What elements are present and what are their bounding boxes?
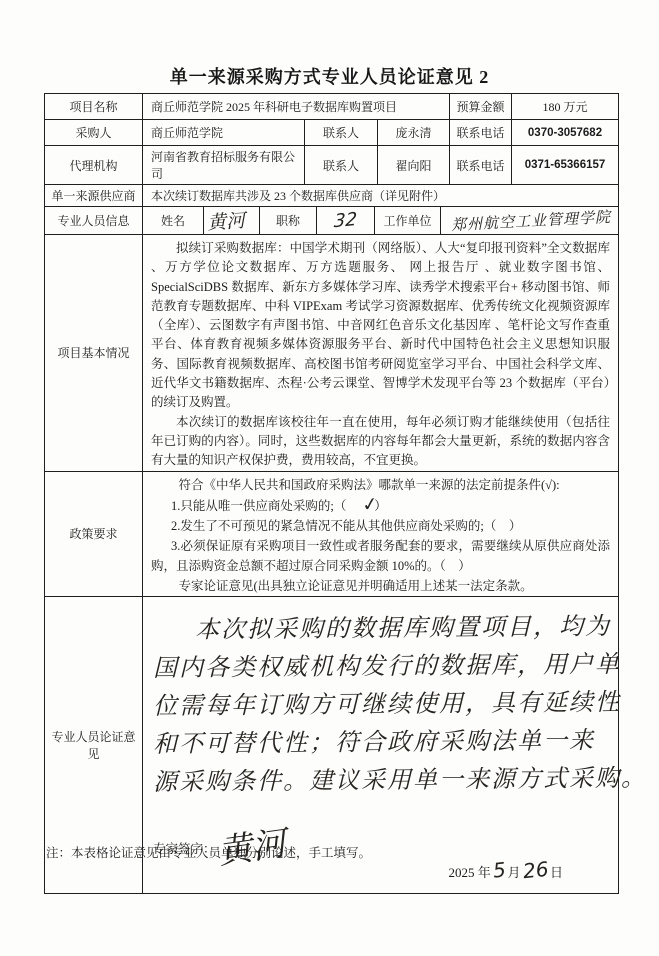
handwritten-expert-name: 黄河	[207, 206, 247, 236]
handwritten-day: 26	[522, 859, 549, 882]
policy-item-3: 3.必须保证原有采购项目一致性或者服务配套的要求，需要继续从原供应商处添购，且添…	[151, 537, 610, 577]
budget-label: 预算金额	[450, 94, 512, 120]
handwritten-opinion-line: 国内各类权威机构发行的数据库，用户单	[153, 645, 610, 687]
opinion-form-table: 项目名称 商丘师范学院 2025 年科研电子数据库购置项目 预算金额 180 万…	[44, 93, 619, 894]
handwritten-opinion-line: 位需每年订购方可继续使用，具有延续性	[153, 683, 610, 725]
expert-info-label: 专业人员信息	[45, 207, 143, 235]
handwritten-opinion-line: 源采购条件。建议采用单一来源方式采购。	[153, 759, 610, 801]
page-title: 单一来源采购方式专业人员论证意见 2	[0, 63, 659, 89]
table-row: 代理机构 河南省教育招标服务有限公司 联系人 翟向阳 联系电话 0371-653…	[45, 146, 619, 185]
date-year: 2025 年	[449, 862, 491, 881]
handwritten-expert-unit: 郑州航空工业管理学院	[451, 206, 612, 235]
table-row: 项目名称 商丘师范学院 2025 年科研电子数据库购置项目 预算金额 180 万…	[45, 94, 619, 120]
overview-paragraph-2: 本次续订的数据库该校往年一直在使用，每年必须订购才能继续使用（包括往年已订购的内…	[151, 413, 610, 471]
expert-info-cell: 姓名 黄河 职称 32 工作单位 郑州航空工业管理学院	[143, 207, 619, 235]
table-row: 专业人员信息 姓名 黄河 职称 32 工作单位 郑州航空工业管理学院	[45, 207, 619, 235]
budget-value: 180 万元	[512, 94, 619, 120]
agency-phone-label: 联系电话	[450, 146, 512, 185]
agency-label: 代理机构	[45, 146, 143, 185]
agency-value: 河南省教育招标服务有限公司	[143, 146, 305, 185]
table-row: 政策要求 符合《中华人民共和国政府采购法》哪款单一来源的法定前提条件(√): 1…	[45, 471, 619, 597]
policy-expert-note: 专家论证意见(出具独立论证意见并明确适用上述某一法定条款。	[151, 577, 610, 597]
footer-note: 注：本表格论证意见由专业人员单独分别论述，手工填写。	[46, 843, 371, 861]
project-overview-label: 项目基本情况	[45, 235, 143, 472]
expert-title-label: 职称	[259, 207, 316, 234]
supplier-value: 本次续订数据库共涉及 23 个数据库供应商（详见附件）	[143, 185, 619, 207]
expert-unit-label: 工作单位	[374, 207, 440, 234]
policy-cell: 符合《中华人民共和国政府采购法》哪款单一来源的法定前提条件(√): 1.只能从唯…	[143, 471, 619, 597]
handwritten-checkmark: ✓	[341, 495, 379, 520]
handwritten-opinion-line: 和不可替代性；符合政府采购法单一来	[153, 721, 610, 763]
policy-item-1-text: 1.只能从唯一供应商处采购的;（	[171, 499, 346, 513]
policy-item-1: 1.只能从唯一供应商处采购的;（✓）	[151, 495, 610, 517]
purchaser-value: 商丘师范学院	[143, 120, 305, 146]
project-name-label: 项目名称	[45, 94, 143, 120]
overview-paragraph-1: 拟续订采购数据库：中国学术期刊（网络版）、人大“复印报刊资料”全文数据库 、万方…	[151, 239, 610, 413]
policy-label: 政策要求	[45, 471, 143, 597]
supplier-label: 单一来源供应商	[45, 185, 143, 207]
agency-contact-value: 翟向阳	[378, 146, 450, 185]
handwritten-expert-title: 32	[333, 209, 357, 233]
purchaser-phone-label: 联系电话	[450, 120, 512, 146]
scanned-form-page: 单一来源采购方式专业人员论证意见 2 项目名称 商丘师范学院 2025 年科研电…	[0, 0, 659, 956]
purchaser-label: 采购人	[45, 120, 143, 146]
date-row: 2025 年 5 月 26 日	[449, 860, 563, 881]
policy-item-2: 2.发生了不可预见的紧急情况不能从其他供应商处采购的;（ ）	[151, 517, 610, 537]
policy-intro: 符合《中华人民共和国政府采购法》哪款单一来源的法定前提条件(√):	[151, 476, 610, 496]
purchaser-contact-value: 庞永清	[378, 120, 450, 146]
purchaser-contact-label: 联系人	[305, 120, 378, 146]
project-name-value: 商丘师范学院 2025 年科研电子数据库购置项目	[143, 94, 450, 120]
handwritten-month: 5	[492, 860, 507, 881]
table-row: 单一来源供应商 本次续订数据库共涉及 23 个数据库供应商（详见附件）	[45, 185, 619, 207]
date-day-label: 日	[550, 862, 563, 881]
expert-name-label: 姓名	[143, 207, 203, 234]
handwritten-opinion-line: 本次拟采购的数据库购置项目，均为	[153, 607, 610, 649]
purchaser-phone-value: 0370-3057682	[512, 120, 619, 146]
table-row: 项目基本情况 拟续订采购数据库：中国学术期刊（网络版）、人大“复印报刊资料”全文…	[45, 235, 619, 472]
date-month-label: 月	[508, 862, 521, 881]
handwritten-opinion: 本次拟采购的数据库购置项目，均为 国内各类权威机构发行的数据库，用户单 位需每年…	[143, 597, 618, 799]
agency-phone-value: 0371-65366157	[512, 146, 619, 185]
agency-contact-label: 联系人	[305, 146, 378, 185]
table-row: 采购人 商丘师范学院 联系人 庞永清 联系电话 0370-3057682	[45, 120, 619, 146]
project-overview-cell: 拟续订采购数据库：中国学术期刊（网络版）、人大“复印报刊资料”全文数据库 、万方…	[143, 235, 619, 472]
